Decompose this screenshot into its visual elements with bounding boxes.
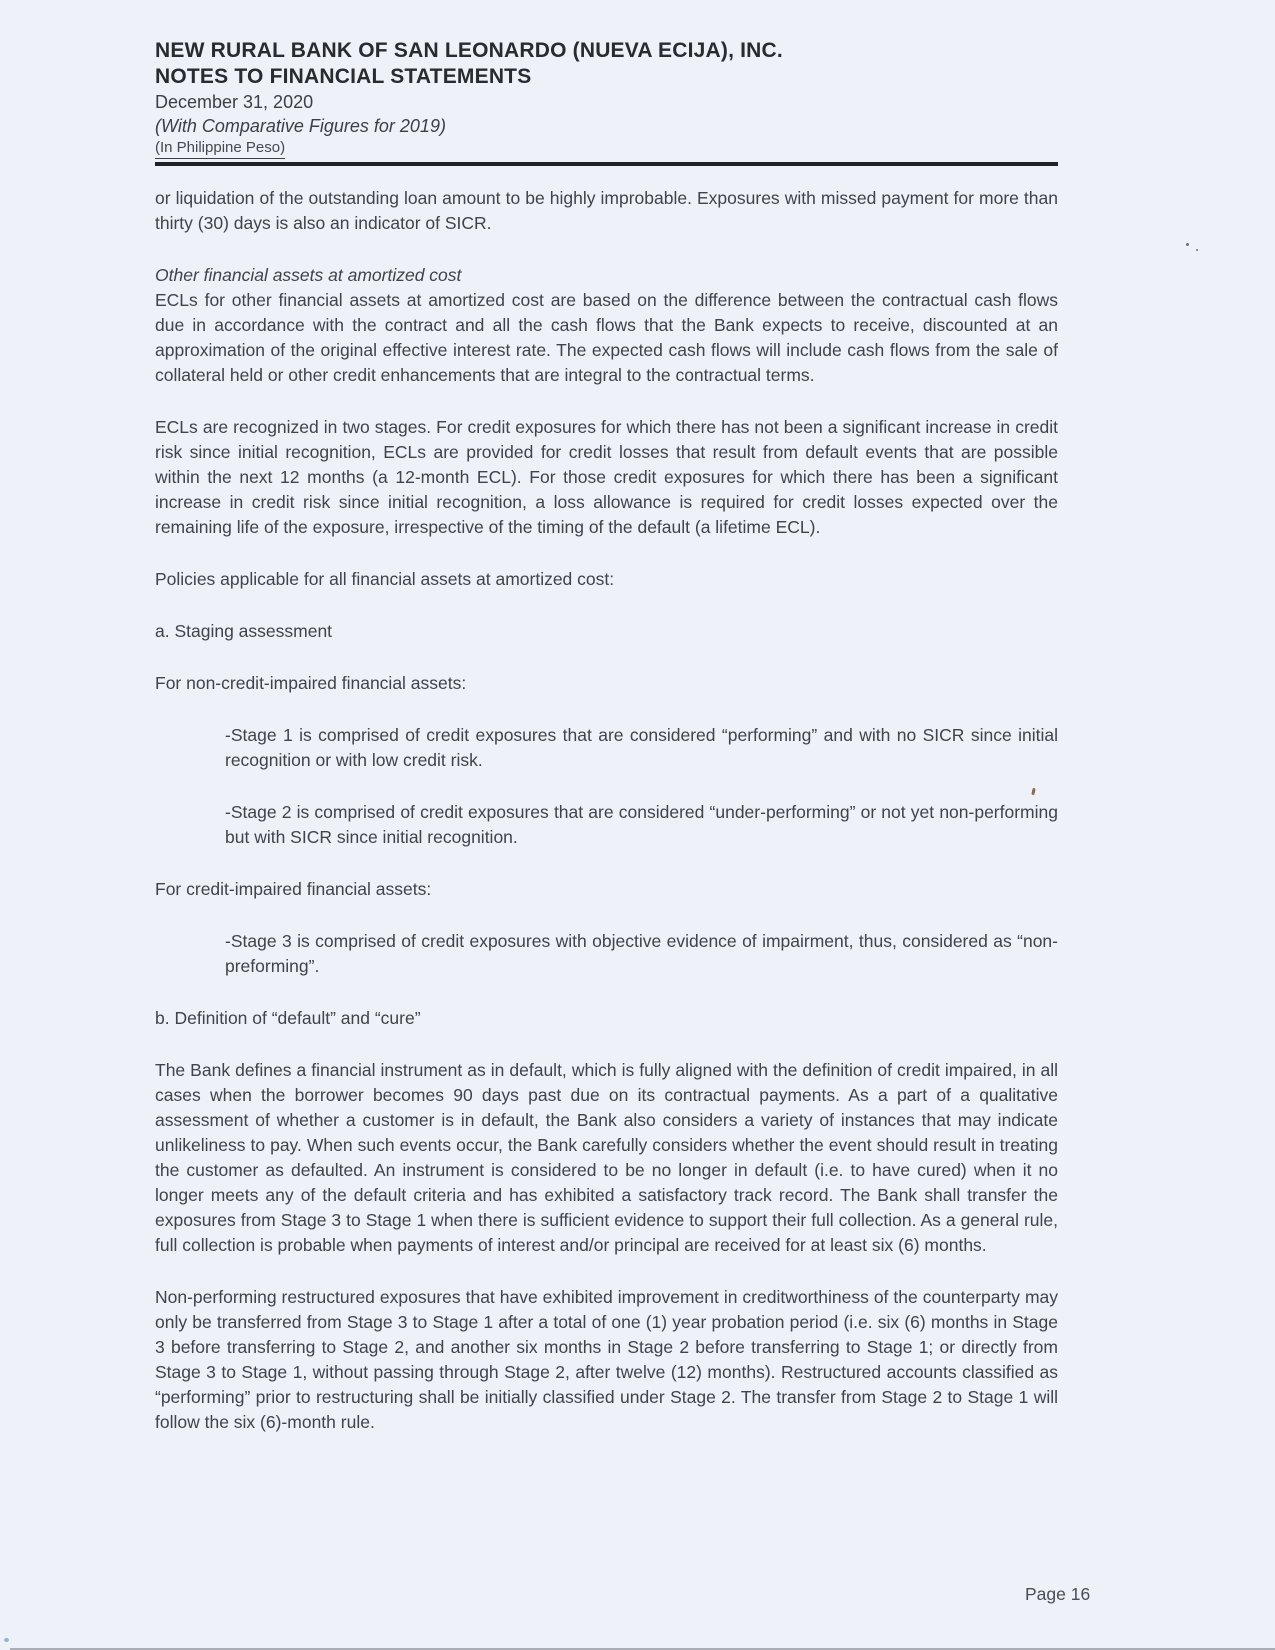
paragraph-credit-impaired: For credit-impaired financial assets: bbox=[155, 877, 1058, 902]
comparative-figures-line: (With Comparative Figures for 2019) bbox=[155, 114, 1058, 138]
paragraph-ecl-other-assets: ECLs for other financial assets at amort… bbox=[155, 288, 1058, 388]
currency-line: (In Philippine Peso) bbox=[155, 138, 285, 159]
document-title: NOTES TO FINANCIAL STATEMENTS bbox=[155, 64, 1058, 90]
heading-default-and-cure: b. Definition of “default” and “cure” bbox=[155, 1006, 1058, 1031]
bullet-stage-1: -Stage 1 is comprised of credit exposure… bbox=[225, 723, 1058, 773]
paragraph-restructured-exposures: Non-performing restructured exposures th… bbox=[155, 1285, 1058, 1435]
header-rule bbox=[155, 162, 1058, 166]
paragraph-ecl-two-stages: ECLs are recognized in two stages. For c… bbox=[155, 415, 1058, 540]
document-header: NEW RURAL BANK OF SAN LEONARDO (NUEVA EC… bbox=[155, 38, 1058, 166]
document-page: NEW RURAL BANK OF SAN LEONARDO (NUEVA EC… bbox=[155, 0, 1058, 1462]
scan-speck bbox=[1196, 249, 1198, 251]
page-number: Page 16 bbox=[1025, 1584, 1090, 1605]
bullet-stage-2: -Stage 2 is comprised of credit exposure… bbox=[225, 800, 1058, 850]
paragraph-default-definition: The Bank defines a financial instrument … bbox=[155, 1058, 1058, 1258]
bank-name: NEW RURAL BANK OF SAN LEONARDO (NUEVA EC… bbox=[155, 38, 1058, 64]
paragraph-non-credit-impaired: For non-credit-impaired financial assets… bbox=[155, 671, 1058, 696]
document-body: or liquidation of the outstanding loan a… bbox=[155, 186, 1058, 1435]
scan-speck bbox=[1186, 243, 1189, 246]
date-line: December 31, 2020 bbox=[155, 90, 1058, 114]
paragraph-intro-sicr: or liquidation of the outstanding loan a… bbox=[155, 186, 1058, 236]
bullet-stage-3: -Stage 3 is comprised of credit exposure… bbox=[225, 929, 1058, 979]
paragraph-policies-applicable: Policies applicable for all financial as… bbox=[155, 567, 1058, 592]
section-heading-other-financial-assets: Other financial assets at amortized cost bbox=[155, 263, 1058, 288]
heading-staging-assessment: a. Staging assessment bbox=[155, 619, 1058, 644]
scan-speck bbox=[4, 1638, 9, 1642]
